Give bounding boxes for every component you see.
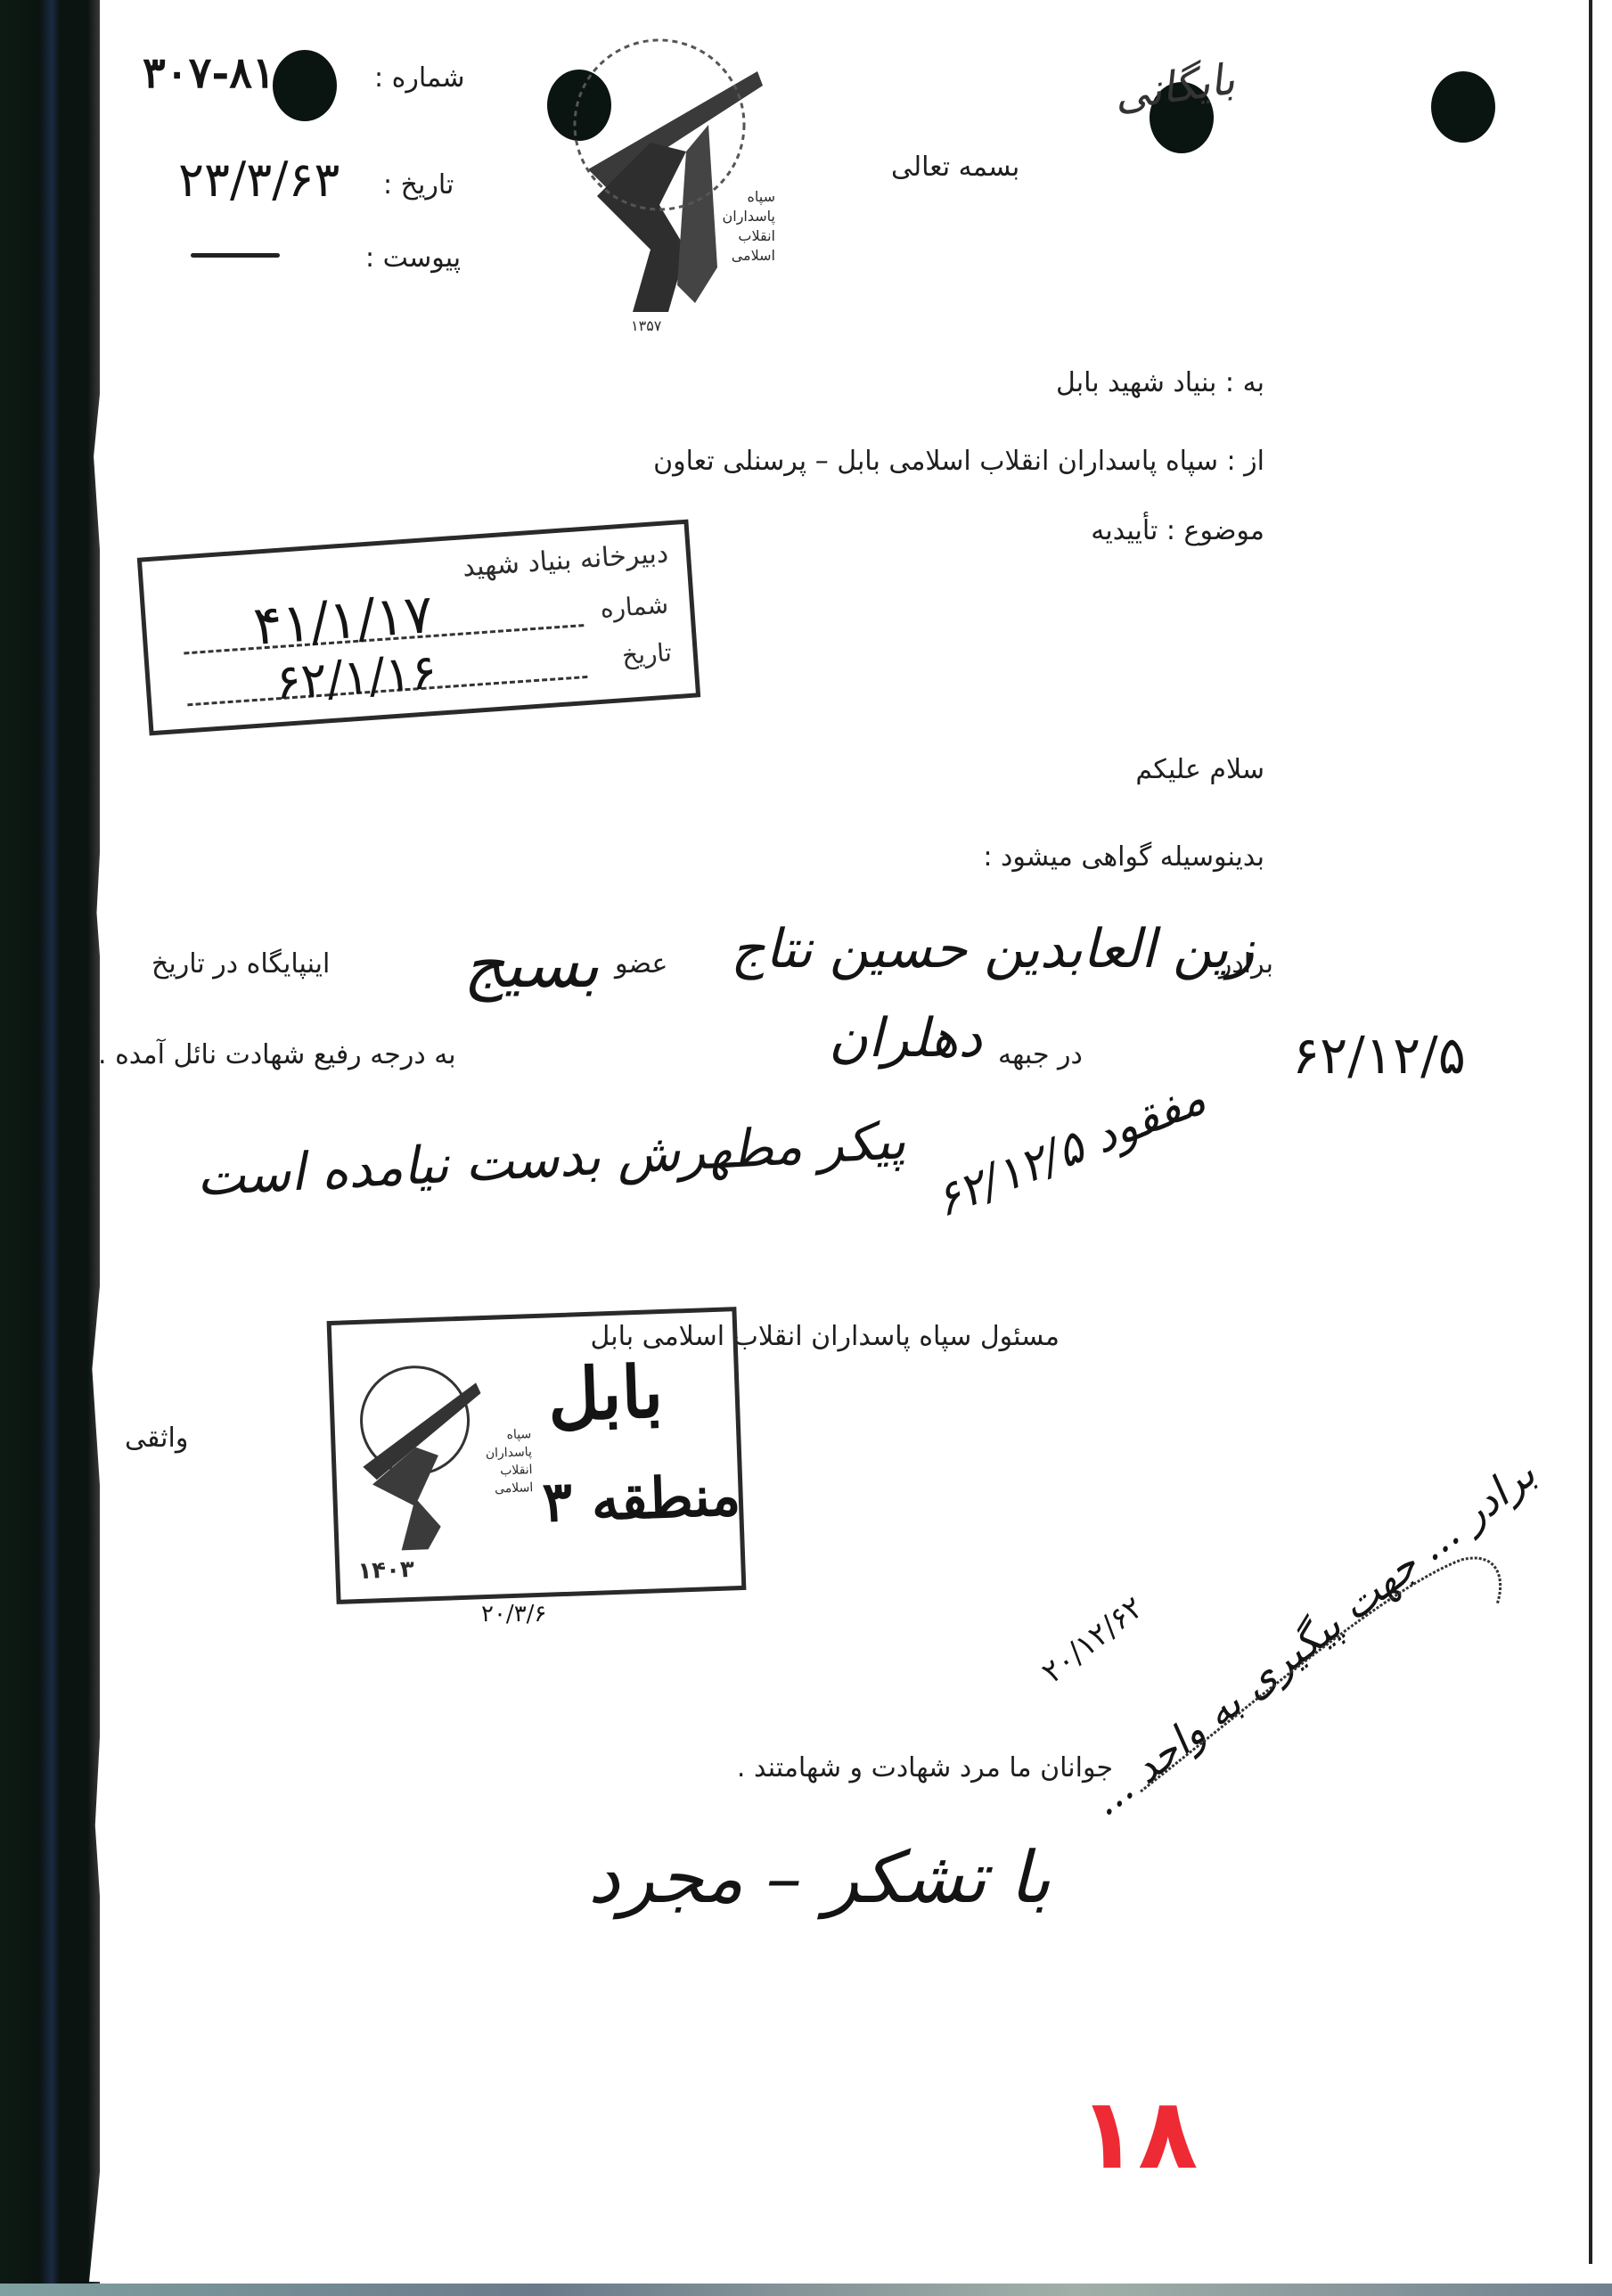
front-location: دهلران [829, 1007, 982, 1070]
line1-base-date: اینپایگاه در تاریخ [151, 948, 330, 980]
scan-border-bottom [0, 2284, 1612, 2296]
stamp-city: بابل [546, 1349, 665, 1437]
received-stamp-date-label: تاریخ [621, 637, 673, 670]
line1-member: عضو [615, 948, 667, 980]
line2-martyrdom: به درجه رفیع شهادت نائل آمده . [98, 1039, 456, 1070]
line2-front: در جبهه [998, 1039, 1083, 1070]
handwritten-signature: با تشکر – مجرد [588, 1836, 1051, 1919]
subject-line: موضوع : تأییدیه [1091, 515, 1264, 546]
stamp-emblem-caption: سپاه پاسداران انقلاب اسلامی [469, 1425, 534, 1498]
unit-basij: بسیج [463, 927, 599, 1002]
basmala: بسمه تعالی [891, 152, 1019, 183]
intro-line: بدینوسیله گواهی میشود : [983, 841, 1264, 873]
closing-quote: جوانان ما مرد شهادت و شهامتند . [737, 1752, 1113, 1783]
stamp-code: ۱۴۰۳ [357, 1556, 414, 1585]
number-label: شماره : [374, 62, 464, 94]
irgc-emblem-icon [552, 18, 775, 339]
to-line: به : بنیاد شهید بابل [1056, 367, 1264, 398]
commander-name: واثقی [125, 1423, 188, 1454]
letter-number: ۳۰۷-۸۱ [143, 48, 275, 98]
from-line: از : سپاه پاسداران انقلاب اسلامی بابل – … [653, 446, 1264, 477]
received-stamp-date: ۶۲/۱/۱۶ [274, 644, 438, 711]
referral-arrow-stroke [1123, 1533, 1515, 1800]
attachment-label: پیوست : [365, 242, 461, 274]
punch-hole [273, 50, 337, 121]
scan-border-right [1589, 0, 1592, 2264]
emblem-caption: سپاه پاسداران انقلاب اسلامی [695, 187, 775, 266]
date-label: تاریخ : [383, 169, 454, 201]
attachment-dash [191, 253, 280, 258]
received-stamp-number-label: شماره [600, 589, 669, 623]
letter-date: ۲۳/۳/۶۳ [178, 152, 340, 208]
page-number: ۱۸ [1078, 2077, 1198, 2191]
official-stamp: سپاه پاسداران انقلاب اسلامی ۱۴۰۳ بابل من… [327, 1307, 747, 1604]
martyr-name: زین العابدین حسین نتاج [731, 918, 1255, 980]
martyrdom-date: ۶۲/۱۲/۵ [1292, 1025, 1466, 1086]
greeting: سلام علیکم [1135, 754, 1264, 785]
received-stamp-title: دبیرخانه بنیاد شهید [462, 537, 669, 583]
punch-hole [1431, 71, 1495, 143]
stamp-below-note: ۲۰/۳/۶ [481, 1601, 546, 1628]
stamp-region: منطقه ۳ [542, 1463, 742, 1535]
scan-border-left [0, 0, 100, 2296]
emblem-year: ۱۳۵۷ [631, 317, 661, 334]
